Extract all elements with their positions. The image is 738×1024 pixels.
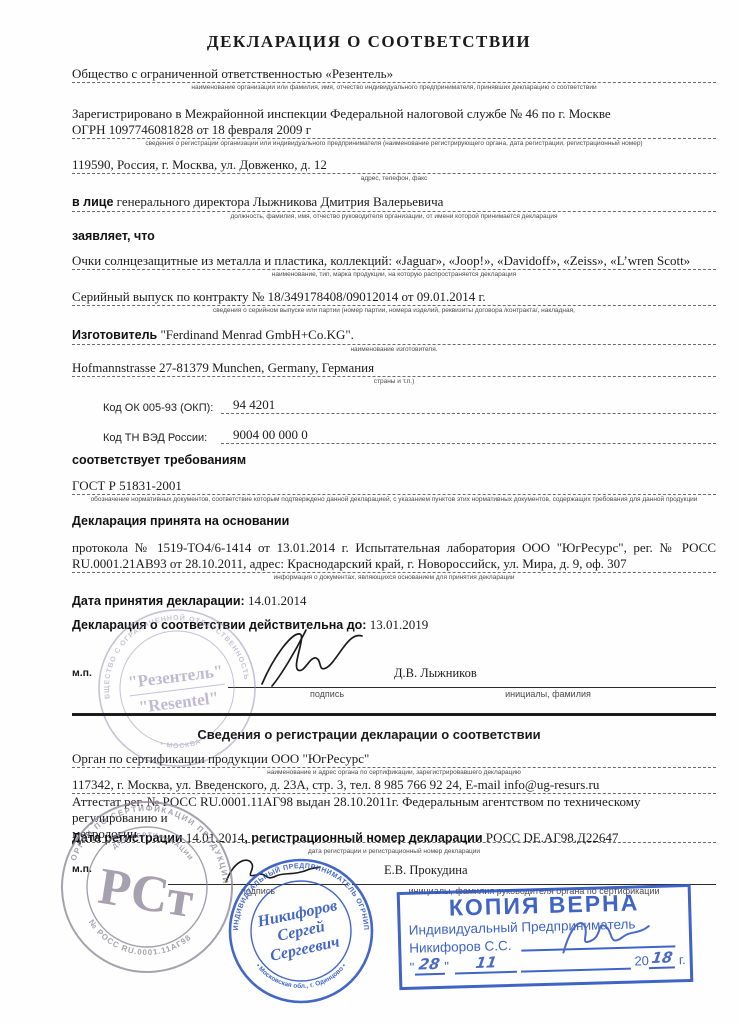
page-title: ДЕКЛАРАЦИЯ О СООТВЕТСТВИИ	[0, 32, 738, 52]
basis-line2: RU.0001.21АВ93 от 28.10.2011, адрес: Кра…	[72, 556, 716, 573]
serial-caption: сведения о серийном выпуске или партии (…	[72, 306, 716, 315]
product-caption: наименование, тип, марка продукции, на к…	[72, 270, 716, 279]
copy-box-signature-ink	[550, 906, 661, 961]
signatory1-name: Д.В. Лыжников	[380, 665, 716, 688]
product-value: Очки солнцезащитные из металла и пластик…	[72, 253, 716, 270]
copy-date-g: г.	[679, 951, 686, 968]
manufacturer-value: "Ferdinand Menrad GmbH+Co.KG".	[157, 327, 354, 342]
registration-line1: Зарегистрировано в Межрайонной инспекции…	[72, 106, 716, 122]
declarant-caption: наименование организации или фамилия, им…	[72, 83, 716, 92]
address-value: 119590, Россия, г. Москва, ул. Довженко,…	[72, 157, 716, 174]
manufacturer-label: Изготовитель	[72, 328, 157, 342]
okp-label: Код ОК 005-93 (ОКП):	[103, 402, 221, 414]
reg-date-caption: дата регистрации и регистрационный номер…	[72, 847, 716, 856]
adoption-date-field: Дата принятия декларации: 14.01.2014	[72, 592, 306, 610]
manufacturer-field: Изготовитель "Ferdinand Menrad GmbH+Co.K…	[72, 326, 716, 354]
svg-text:• Московская обл., г. Одинцово: • Московская обл., г. Одинцово •	[254, 962, 348, 990]
declarant-field: Общество с ограниченной ответственностью…	[72, 66, 716, 92]
manufacturer-address-caption: страны и т.п.)	[72, 377, 716, 386]
registration-caption: сведения о регистрации организации или и…	[72, 139, 716, 148]
svg-text:№ РОСС RU.0001.11АГ98: № РОСС RU.0001.11АГ98	[83, 917, 194, 965]
serial-value: Серийный выпуск по контракту № 18/349178…	[72, 289, 716, 306]
representative-label: в лице	[72, 195, 113, 209]
registration-line2: ОГРН 1097746081828 от 18 февраля 2009 г	[72, 122, 716, 139]
basis-field: протокола № 1519-ТО4/6-1414 от 13.01.201…	[72, 540, 716, 582]
resentel-ring-top-text: ОБЩЕСТВО С ОГРАНИЧЕННОЙ ОТВЕТСТВЕННОСТЬЮ	[86, 597, 250, 701]
reg-date-value: 14.01.2014	[183, 830, 245, 845]
adoption-date-label: Дата принятия декларации:	[72, 594, 245, 608]
representative-field: в лице генерального директора Лыжникова …	[72, 193, 716, 221]
serial-field: Серийный выпуск по контракту № 18/349178…	[72, 289, 716, 315]
reg-date-label: Дата регистрации	[72, 831, 183, 845]
okp-value: 94 4201	[221, 397, 716, 414]
signatory2-caption: инициалы, фамилия руководителя органа по…	[352, 885, 716, 897]
registration-section-heading: Сведения о регистрации декларации о соот…	[0, 727, 738, 742]
attestat-line1: Аттестат рег. № РОСС RU.0001.11АГ98 выда…	[72, 794, 716, 826]
basis-heading: Декларация принята на основании	[72, 514, 289, 528]
copy-date-year: 18	[650, 949, 673, 967]
valid-until-value: 13.01.2019	[366, 617, 428, 632]
svg-text:ОБЩЕСТВО С ОГРАНИЧЕННОЙ ОТВЕТС: ОБЩЕСТВО С ОГРАНИЧЕННОЙ ОТВЕТСТВЕННОСТЬЮ	[86, 597, 250, 701]
mp1-label: м.п.	[72, 667, 92, 679]
manufacturer-address-value: Hofmannstrasse 27-81379 Munchen, Germany…	[72, 360, 716, 377]
valid-until-field: Декларация о соответствии действительна …	[72, 616, 428, 634]
declarant-value: Общество с ограниченной ответственностью…	[72, 66, 716, 83]
declaration-document: ДЕКЛАРАЦИЯ О СООТВЕТСТВИИ Общество с огр…	[0, 0, 738, 1024]
organ-field: Орган по сертификации продукции ООО "ЮгР…	[72, 751, 716, 777]
copy-verna-stamp: КОПИЯ ВЕРНА Индивидуальный Предпринимате…	[397, 884, 694, 990]
adoption-date-value: 14.01.2014	[245, 593, 307, 608]
manufacturer-address-field: Hofmannstrasse 27-81379 Munchen, Germany…	[72, 360, 716, 386]
gost-caption: обозначение нормативных документов, соот…	[72, 495, 716, 504]
copy-date-month: 11	[474, 954, 497, 972]
tnved-value: 9004 00 000 0	[221, 427, 716, 444]
nikiforov-stamp-line3: Сергеевич	[269, 933, 341, 964]
basis-line1: протокола № 1519-ТО4/6-1414 от 13.01.201…	[72, 540, 716, 556]
signature2-caption: подпись	[168, 885, 348, 897]
representative-value: генерального директора Лыжникова Дмитрия…	[113, 194, 443, 209]
rst-ring-bottom-text: № РОСС RU.0001.11АГ98	[83, 917, 194, 965]
organ-caption: наименование и адрес органа по сертифика…	[72, 768, 716, 777]
copy-date-day: 28	[418, 956, 441, 974]
product-field: Очки солнцезащитные из металла и пластик…	[72, 253, 716, 279]
resentel-stamp-line1: "Резентель"	[127, 661, 224, 691]
nikiforov-stamp-line1: Никифоров	[255, 897, 339, 931]
organ-value: Орган по сертификации продукции ООО "ЮгР…	[72, 751, 716, 768]
registration-field: Зарегистрировано в Межрайонной инспекции…	[72, 106, 716, 148]
address-caption: адрес, телефон, факс	[72, 174, 716, 183]
signatory1-caption: инициалы, фамилия	[380, 688, 716, 700]
copy-verna-line1: Индивидуальный Предприниматель	[401, 914, 689, 939]
section-divider	[72, 713, 716, 716]
valid-until-label: Декларация о соответствии действительна …	[72, 618, 366, 632]
copy-date-year-prefix: 20	[634, 952, 649, 969]
tnved-label: Код ТН ВЭД России:	[103, 432, 221, 444]
manufacturer-caption: наименование изготовителя.	[72, 345, 716, 354]
basis-caption: информация о документах, являющихся осно…	[72, 573, 716, 582]
nikiforov-ring-bottom-text: • Московская обл., г. Одинцово •	[254, 962, 348, 990]
signatory2-name: Е.В. Прокудина	[352, 862, 716, 885]
signatory2-name-line: Е.В. Прокудина инициалы, фамилия руковод…	[352, 862, 716, 897]
nikiforov-stamp-line2: Сергей	[276, 918, 326, 945]
copy-date-quote1: "	[410, 959, 415, 976]
mp2-label: м.п.	[72, 863, 92, 875]
gost-field: ГОСТ Р 51831-2001 обозначение нормативны…	[72, 478, 716, 504]
tnved-field: Код ТН ВЭД России: 9004 00 000 0	[103, 427, 716, 444]
organ-address: 117342, г. Москва, ул. Введенского, д. 2…	[72, 777, 716, 794]
copy-date-quote2: "	[444, 958, 449, 975]
representative-caption: должность, фамилия, имя, отчество руково…	[72, 212, 716, 221]
okp-field: Код ОК 005-93 (ОКП): 94 4201	[103, 397, 716, 414]
registration-date-field: Дата регистрации 14.01.2014, регистрацио…	[72, 829, 716, 856]
copy-verna-line2: Никифоров С.С.	[409, 937, 512, 957]
gost-value: ГОСТ Р 51831-2001	[72, 478, 716, 495]
reg-num-value: РОСС DE.АГ98.Д22647	[483, 830, 619, 845]
signatory1-name-line: Д.В. Лыжников инициалы, фамилия	[380, 665, 716, 700]
reg-num-label: , регистрационный номер декларации	[244, 831, 482, 845]
address-field: 119590, Россия, г. Москва, ул. Довженко,…	[72, 157, 716, 183]
declares-heading: заявляет, что	[72, 229, 155, 243]
signature2-line: подпись	[168, 868, 348, 897]
conforms-heading: соответствует требованиям	[72, 453, 246, 467]
